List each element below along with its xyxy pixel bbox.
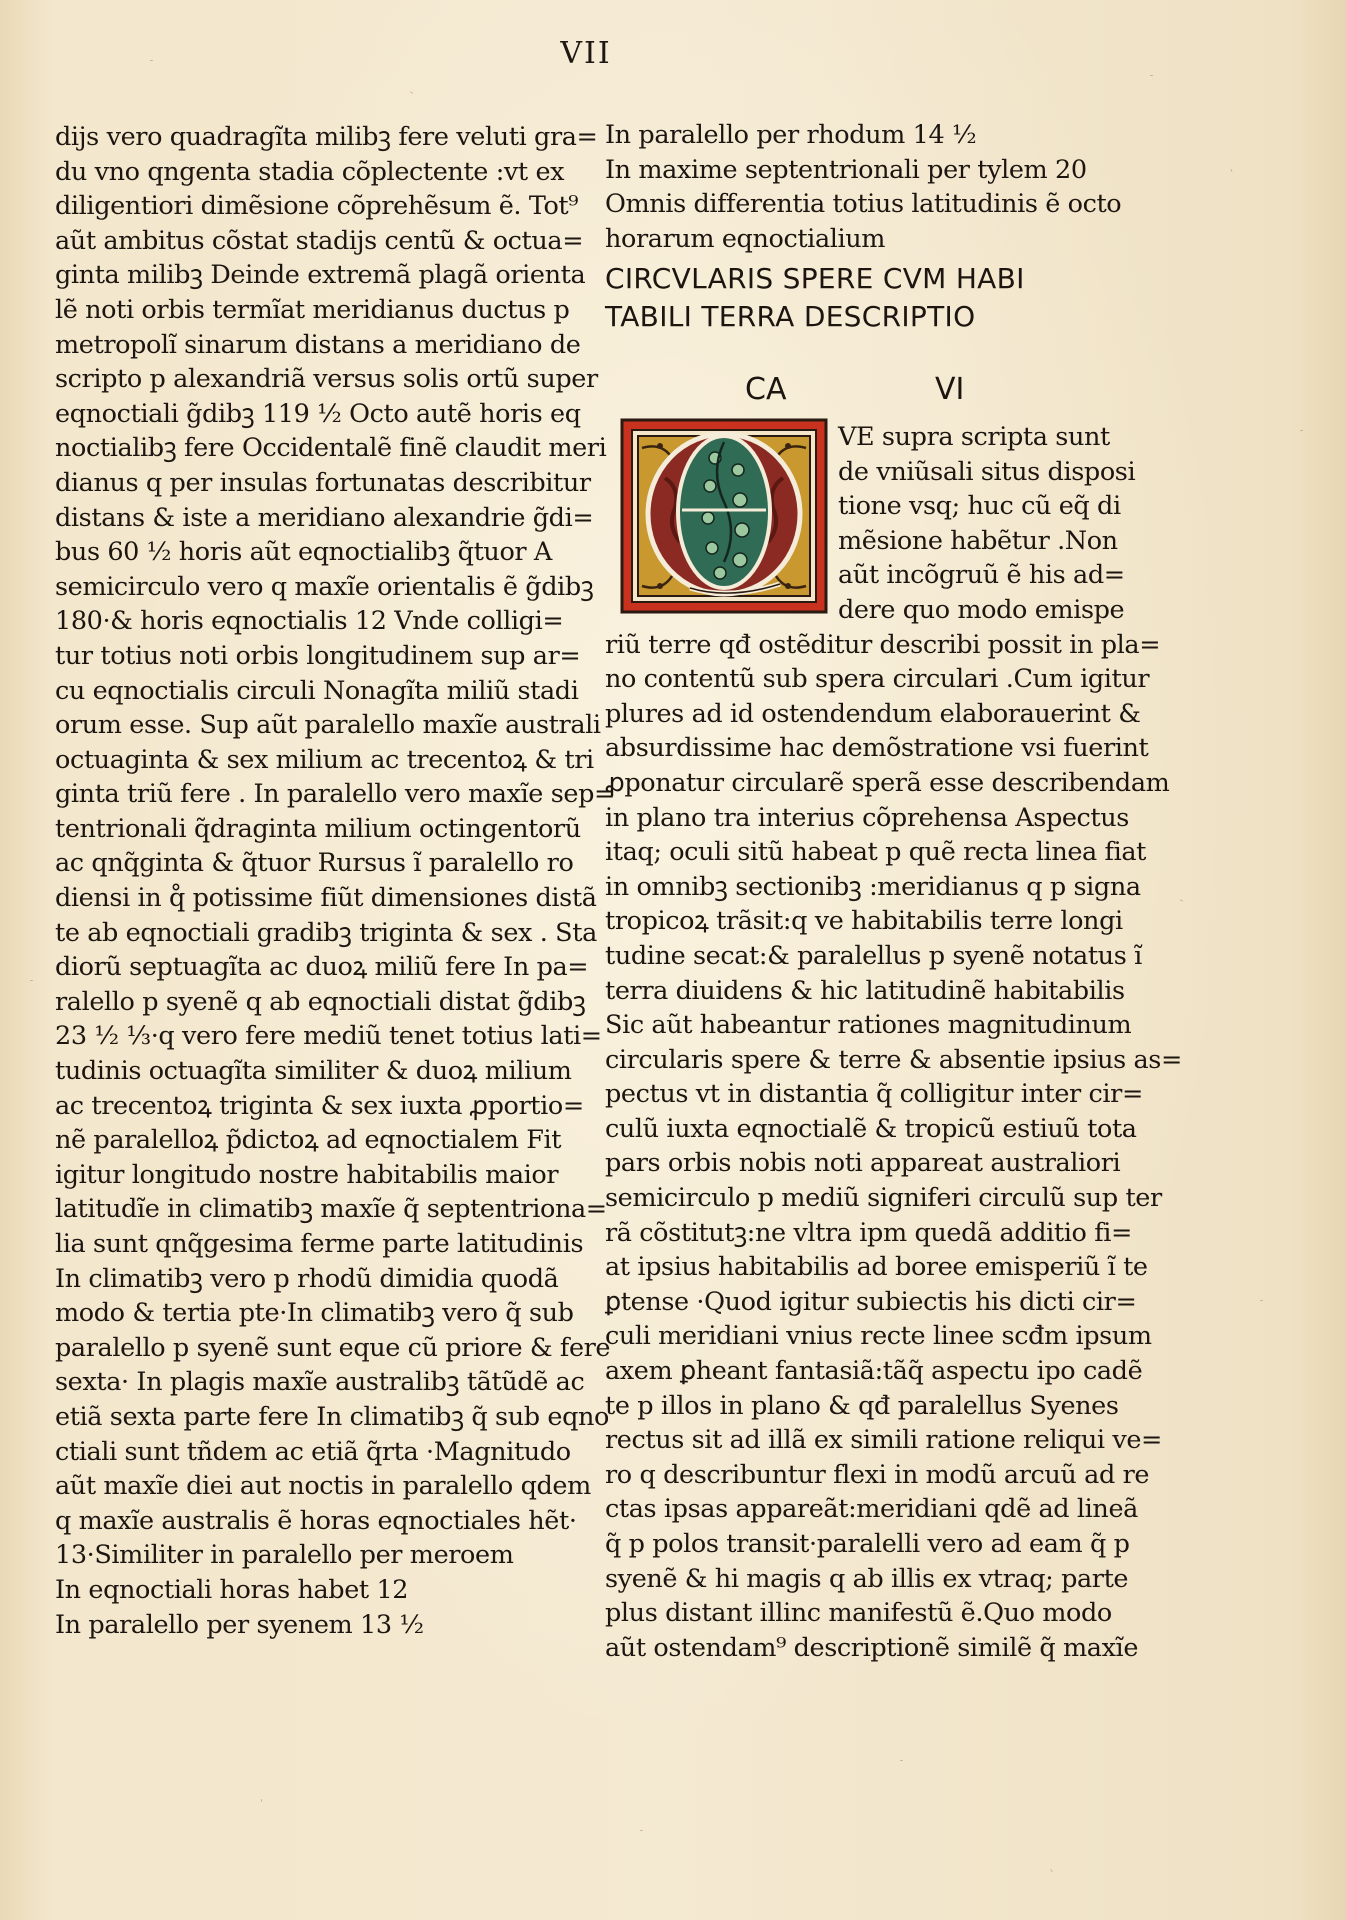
paper-speck [261, 1799, 263, 1802]
text-line: te p illos in plano & qđ paralellus Syen… [605, 1389, 1105, 1424]
text-line: rã cõstitutꝫ:ne vltra ipm quedã additio … [605, 1216, 1105, 1251]
text-line: ginta triũ fere . In paralello vero maxĩ… [55, 777, 555, 812]
paper-speck [1231, 169, 1233, 172]
text-line: culi meridiani vnius recte linee scđm ip… [605, 1319, 1105, 1354]
text-line: scripto p alexandriã versus solis ortũ s… [55, 362, 555, 397]
paper-speck [1300, 430, 1303, 431]
text-line: ginta milibꝫ Deinde extremã plagã orient… [55, 258, 555, 293]
text-line: bus 60 ½ horis aũt eqnoctialibꝫ q̃tuor A [55, 535, 555, 570]
section-heading-line-2: TABILI TERRA DESCRIPTIO [605, 298, 1105, 336]
text-line: plus distant illinc manifestũ ẽ.Quo modo [605, 1596, 1105, 1631]
text-line: pars orbis nobis noti appareat australio… [605, 1146, 1105, 1181]
text-line: circularis spere & terre & absentie ipsi… [605, 1043, 1105, 1078]
text-line: sexta· In plagis maxĩe australibꝫ tãtũdẽ… [55, 1365, 555, 1400]
text-line: de vniũsali situs disposi [605, 455, 1105, 490]
text-line: tur totius noti orbis longitudinem sup a… [55, 639, 555, 674]
text-line: cu eqnoctialis circuli Nonagĩta miliũ st… [55, 674, 555, 709]
text-line: tione vsq; huc cũ eq̃ di [605, 489, 1105, 524]
right-text-column-top: In paralello per rhodum 14 ½ In maxime s… [605, 118, 1105, 336]
chapter-number: VI [935, 372, 964, 407]
text-line: dere quo modo emispe [605, 593, 1105, 628]
text-line: ctiali sunt tñdem ac etiã q̃rta ·Magnitu… [55, 1435, 555, 1470]
chapter-label: CA [745, 372, 786, 407]
text-line: q maxĩe australis ẽ horas eqnoctiales hẽ… [55, 1504, 555, 1539]
text-line: plures ad id ostendendum elaborauerint & [605, 697, 1105, 732]
text-line: modo & tertia pte·In climatibꝫ vero q̃ s… [55, 1296, 555, 1331]
text-line: lia sunt qnq̃gesima ferme parte latitudi… [55, 1227, 555, 1262]
text-line: in omnibꝫ sectionibꝫ :meridianus q p sig… [605, 870, 1105, 905]
text-line: ac trecentoꝝ triginta & sex iuxta ꝓporti… [55, 1089, 555, 1124]
text-line: terra diuidens & hic latitudinẽ habitabi… [605, 974, 1105, 1009]
text-line: aũt ostendam⁹ descriptionẽ similẽ q̃ max… [605, 1631, 1105, 1666]
text-line: 23 ½ ⅓·q vero fere mediũ tenet totius la… [55, 1019, 555, 1054]
section-heading-line-1: CIRCVLARIS SPERE CVM HABI [605, 260, 1105, 298]
paper-speck [1050, 1869, 1052, 1872]
text-line: rectus sit ad illã ex simili ratione rel… [605, 1423, 1105, 1458]
text-line: du vno qngenta stadia cõplectente :vt ex [55, 155, 555, 190]
text-line: ꝓponatur circularẽ sperã esse describend… [605, 766, 1105, 801]
text-line: aũt maxĩe diei aut noctis in paralello q… [55, 1469, 555, 1504]
text-line: eqnoctiali g̃dibꝫ 119 ½ Octo autẽ horis … [55, 397, 555, 432]
text-line: noctialibꝫ fere Occidentalẽ finẽ claudit… [55, 431, 555, 466]
text-line: itaq; oculi sitũ habeat p quẽ recta line… [605, 835, 1105, 870]
text-line: horarum eqnoctialium [605, 222, 1105, 257]
text-line: at ipsius habitabilis ad boree emisperiũ… [605, 1250, 1105, 1285]
text-line: ralello p syenẽ q ab eqnoctiali distat g… [55, 985, 555, 1020]
text-line: nẽ paralelloꝝ p̃dictoꝝ ad eqnoctialem Fi… [55, 1123, 555, 1158]
text-line: In climatibꝫ vero p rhodũ dimidia quodã [55, 1262, 555, 1297]
text-line: q̃ p polos transit·paralelli vero ad eam… [605, 1527, 1105, 1562]
text-line: in plano tra interius cõprehensa Aspectu… [605, 801, 1105, 836]
text-line: ꝑtense ·Quod igitur subiectis his dicti … [605, 1285, 1105, 1320]
text-line: dijs vero quadragĩta milibꝫ fere veluti … [55, 120, 555, 155]
text-line: no contentũ sub spera circulari .Cum igi… [605, 662, 1105, 697]
text-line: igitur longitudo nostre habitabilis maio… [55, 1158, 555, 1193]
paper-speck [30, 980, 33, 981]
text-line: ac qnq̃ginta & q̃tuor Rursus ĩ paralello… [55, 846, 555, 881]
text-line: In eqnoctiali horas habet 12 [55, 1573, 555, 1608]
text-line: In maxime septentrionali per tylem 20 [605, 153, 1105, 188]
paper-speck [1180, 900, 1183, 902]
right-text-column-body: VE supra scripta sunt de vniũsali situs … [605, 420, 1105, 1665]
text-line: 13·Similiter in paralello per meroem [55, 1538, 555, 1573]
text-line: orum esse. Sup aũt paralello maxĩe austr… [55, 708, 555, 743]
text-line: lẽ noti orbis termĩat meridianus ductus … [55, 293, 555, 328]
text-line: aũt incõgruũ ẽ his ad= [605, 558, 1105, 593]
text-line: In paralello per rhodum 14 ½ [605, 118, 1105, 153]
book-page: VII dijs vero quadragĩta milibꝫ fere vel… [0, 0, 1346, 1920]
paper-speck [150, 60, 153, 61]
text-line: diligentiori dimẽsione cõprehẽsum ẽ. Tot… [55, 189, 555, 224]
folio-number: VII [556, 36, 616, 71]
text-line: ro q describuntur flexi in modũ arcuũ ad… [605, 1458, 1105, 1493]
text-line: diensi in q̊ potissime fiũt dimensiones … [55, 881, 555, 916]
text-line-opening: VE supra scripta sunt [605, 420, 1105, 455]
text-line: absurdissime hac demõstratione vsi fueri… [605, 731, 1105, 766]
text-line: tudine secat:& paralellus p syenẽ notatu… [605, 939, 1105, 974]
text-line: distans & iste a meridiano alexandrie g̃… [55, 501, 555, 536]
text-line: mẽsione habẽtur .Non [605, 524, 1105, 559]
paper-speck [1150, 75, 1153, 76]
text-line: 180·& horis eqnoctialis 12 Vnde colligi= [55, 604, 555, 639]
paper-speck [900, 1760, 903, 1761]
text-line: latitudĩe in climatibꝫ maxĩe q̃ septentr… [55, 1192, 555, 1227]
text-line: axem ꝑheant fantasiã:tãq̃ aspectu ipo ca… [605, 1354, 1105, 1389]
text-line: paralello p syenẽ sunt eque cũ priore & … [55, 1331, 555, 1366]
chapter-marker: CA VI [605, 372, 1105, 412]
text-line: Sic aũt habeantur rationes magnitudinum [605, 1008, 1105, 1043]
text-line: te ab eqnoctiali gradibꝫ triginta & sex … [55, 916, 555, 951]
text-line: semicirculo p mediũ signiferi circulũ su… [605, 1181, 1105, 1216]
text-line: pectus vt in distantia q̃ colligitur int… [605, 1077, 1105, 1112]
text-line: ctas ipsas appareãt:meridiani qdẽ ad lin… [605, 1492, 1105, 1527]
text-line: tentrionali q̃draginta milium octingento… [55, 812, 555, 847]
text-line: tudinis octuagĩta similiter & duoꝝ miliu… [55, 1054, 555, 1089]
text-line: culũ iuxta eqnoctialẽ & tropicũ estiuũ t… [605, 1112, 1105, 1147]
text-line: diorũ septuagĩta ac duoꝝ miliũ fere In p… [55, 950, 555, 985]
left-text-column: dijs vero quadragĩta milibꝫ fere veluti … [55, 120, 555, 1642]
text-line: syenẽ & hi magis q ab illis ex vtraq; pa… [605, 1562, 1105, 1597]
paper-speck [1260, 1300, 1263, 1301]
text-line: dianus q per insulas fortunatas describi… [55, 466, 555, 501]
text-line: tropicoꝝ trãsit:q ve habitabilis terre l… [605, 904, 1105, 939]
text-line: riũ terre qđ ostẽditur describi possit i… [605, 628, 1105, 663]
text-line: semicirculo vero q maxĩe orientalis ẽ g̃… [55, 570, 555, 605]
text-line: aũt ambitus cõstat stadijs centũ & octua… [55, 224, 555, 259]
text-line: etiã sexta parte fere In climatibꝫ q̃ su… [55, 1400, 555, 1435]
text-line: In paralello per syenem 13 ½ [55, 1608, 555, 1643]
text-line: octuaginta & sex milium ac trecentoꝝ & t… [55, 743, 555, 778]
text-line: metropolĩ sinarum distans a meridiano de [55, 328, 555, 363]
text-line: Omnis differentia totius latitudinis ẽ o… [605, 187, 1105, 222]
paper-speck [410, 91, 413, 94]
paper-speck [640, 1830, 643, 1831]
